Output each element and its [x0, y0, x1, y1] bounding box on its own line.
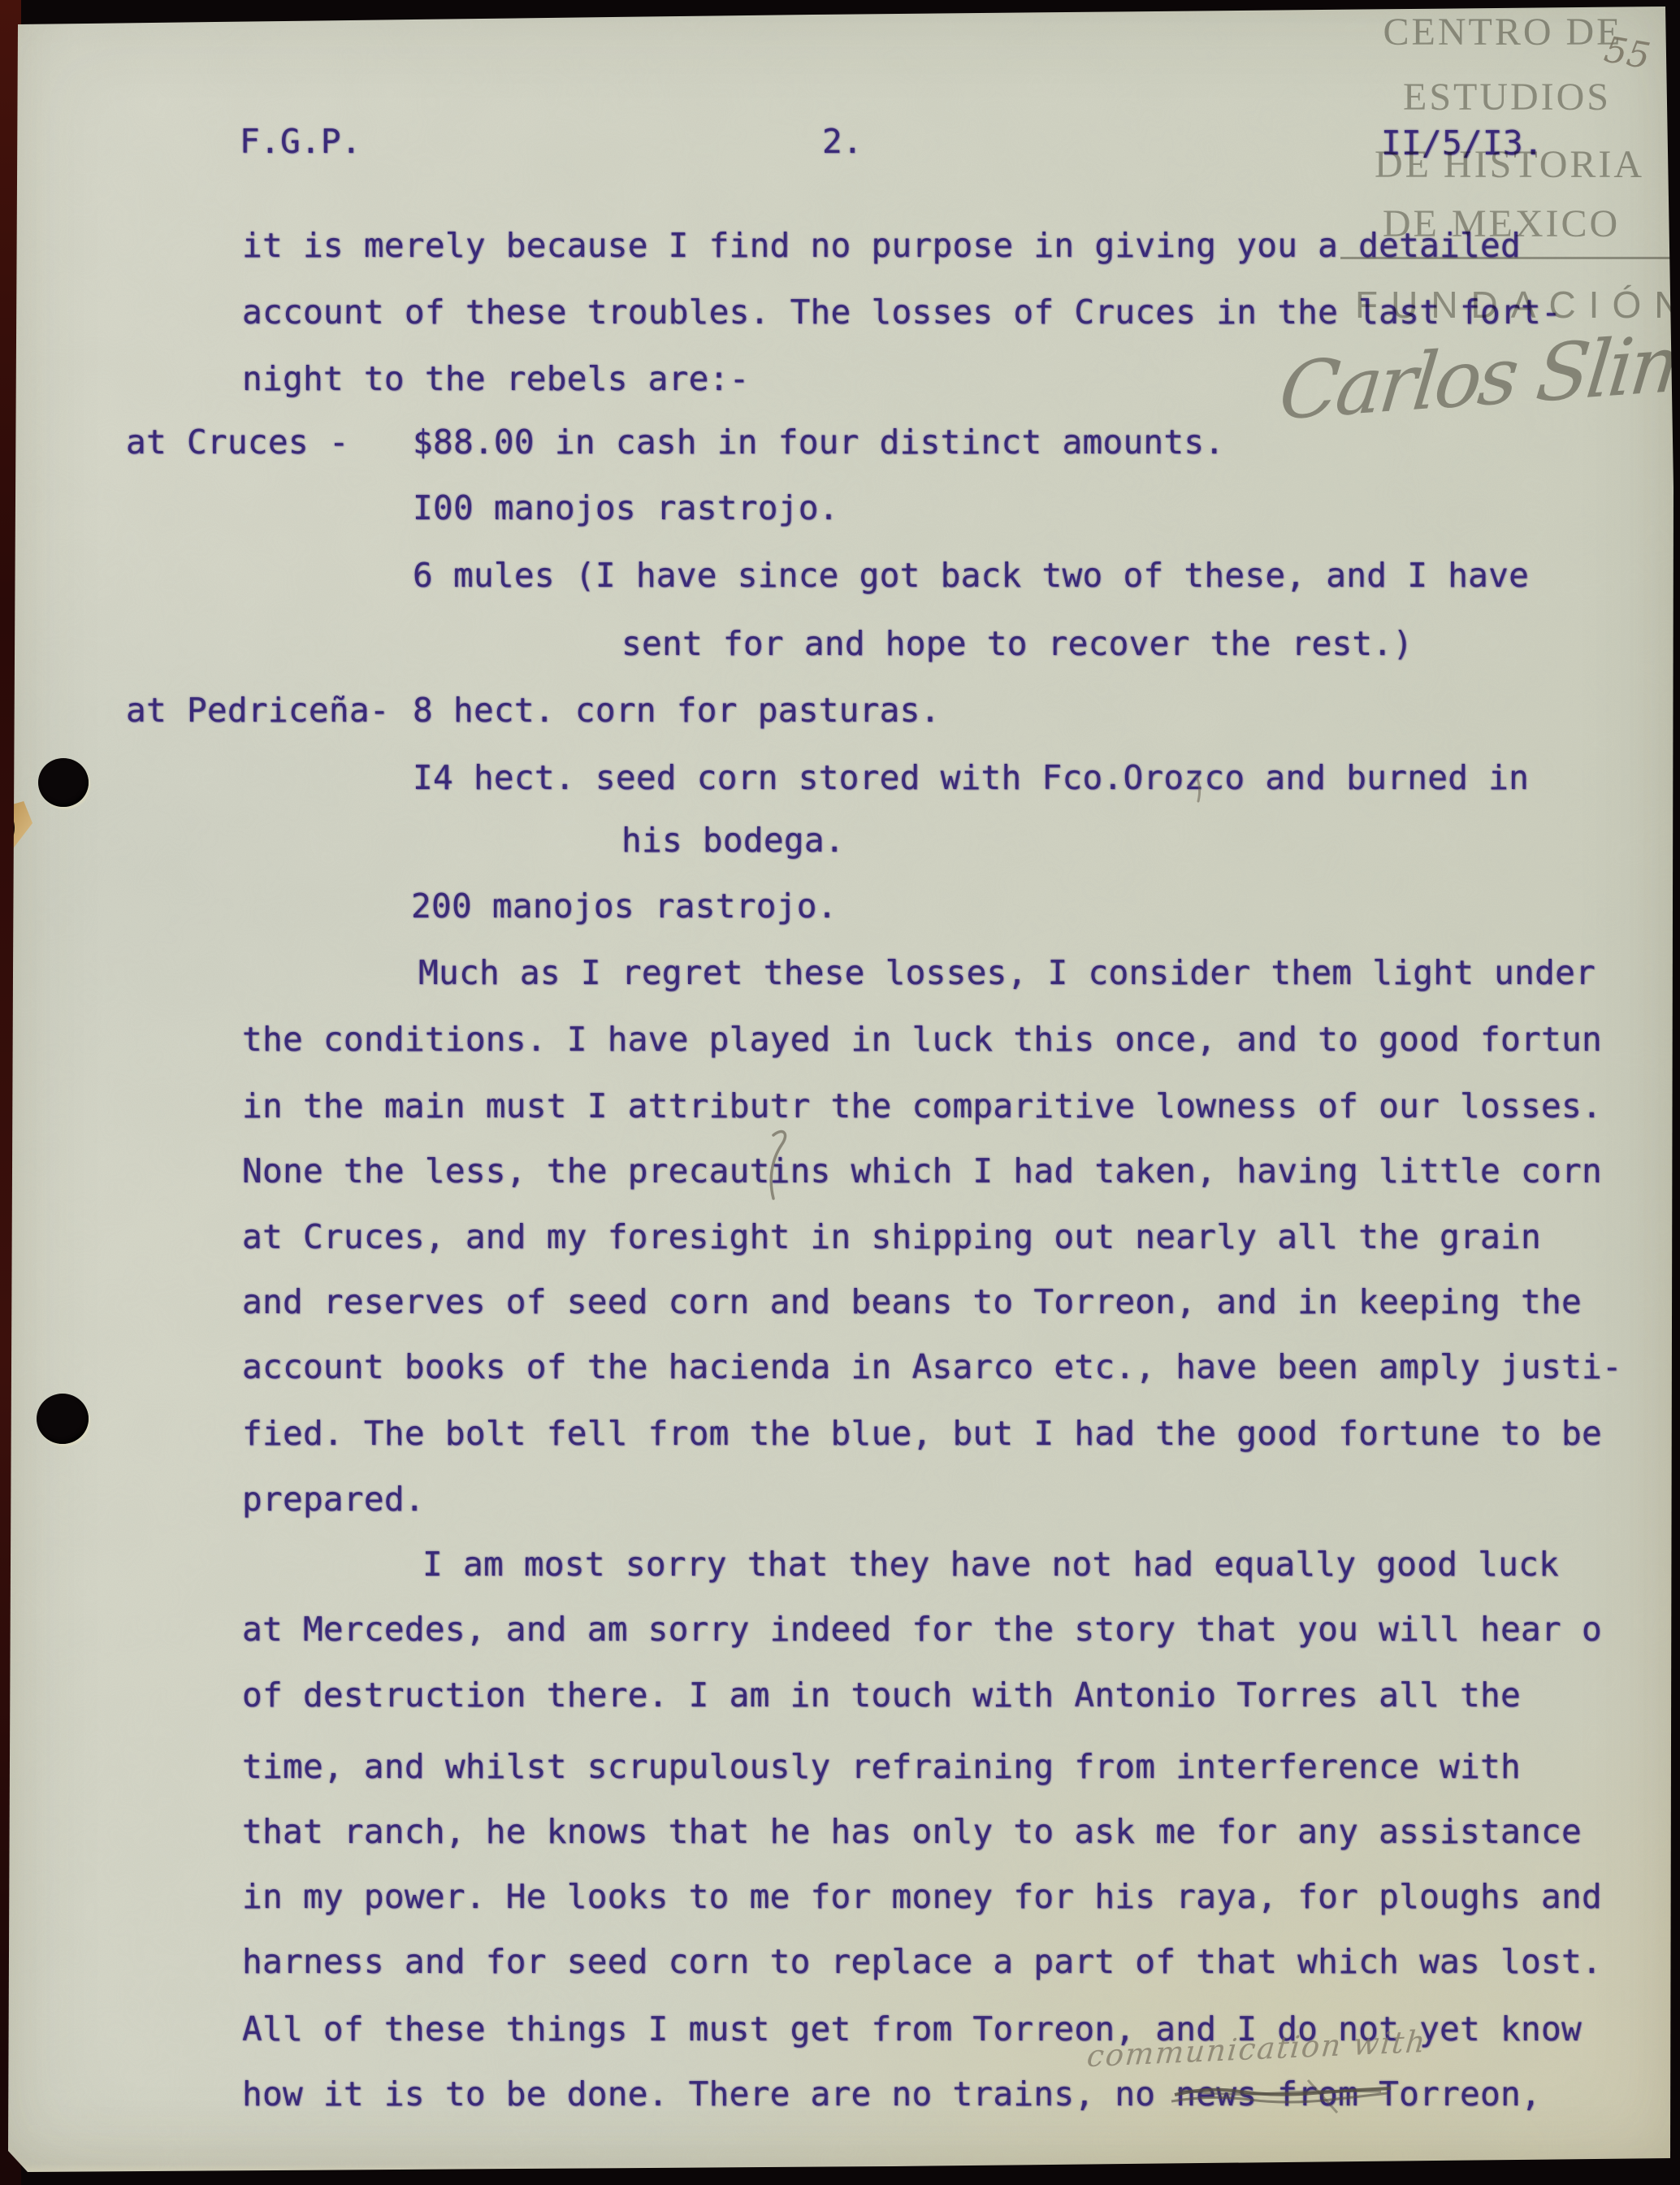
- scanned-letter-page: F.G.P. 2. II/5/I3. it is merely because …: [0, 0, 1680, 2185]
- typed-line: harness and for seed corn to replace a p…: [0, 1942, 1680, 1984]
- typed-text-layer: F.G.P. 2. II/5/I3. it is merely because …: [0, 0, 1680, 2185]
- typed-line: 200 manojos rastrojo.: [0, 887, 1680, 929]
- typed-segment: I4 hect. seed corn stored with Fco.Orozc…: [413, 758, 1529, 797]
- typed-line: 6 mules (I have since got back two of th…: [0, 556, 1680, 598]
- typed-segment: 8 hect. corn for pasturas.: [413, 691, 941, 730]
- typed-line: prepared.: [0, 1480, 1680, 1522]
- typed-line: account of these troubles. The losses of…: [0, 293, 1680, 335]
- typed-line: account books of the hacienda in Asarco …: [0, 1347, 1680, 1389]
- header-date: II/5/I3.: [1381, 124, 1544, 163]
- watermark-rule: [1340, 257, 1680, 259]
- typed-line: I00 manojos rastrojo.: [0, 488, 1680, 531]
- typed-line: All of these things I must get from Torr…: [0, 2009, 1680, 2052]
- typed-line: fied. The bolt fell from the blue, but I…: [0, 1414, 1680, 1456]
- typed-segment: that ranch, he knows that he has only to…: [242, 1812, 1582, 1851]
- typed-segment: time, and whilst scrupulously refraining…: [242, 1747, 1521, 1786]
- typed-segment: fied. The bolt fell from the blue, but I…: [242, 1414, 1602, 1453]
- typed-line: at Mercedes, and am sorry indeed for the…: [0, 1610, 1680, 1652]
- typed-segment: harness and for seed corn to replace a p…: [242, 1942, 1602, 1981]
- typed-line: and reserves of seed corn and beans to T…: [0, 1282, 1680, 1324]
- typed-line: sent for and hope to recover the rest.): [0, 624, 1680, 666]
- typed-line: at Cruces -$88.00 in cash in four distin…: [0, 423, 1680, 465]
- hole-punch-bottom: [37, 1394, 89, 1444]
- typed-segment: night to the rebels are:-: [242, 359, 750, 398]
- typed-line: at Pedriceña-8 hect. corn for pasturas.: [0, 691, 1680, 733]
- typed-line: how it is to be done. There are no train…: [0, 2074, 1680, 2117]
- typed-segment: prepared.: [242, 1480, 425, 1519]
- typed-line: of destruction there. I am in touch with…: [0, 1676, 1680, 1718]
- typed-segment: at Cruces -: [126, 423, 349, 462]
- typed-segment: account of these troubles. The losses of…: [242, 293, 1561, 332]
- typed-line: that ranch, he knows that he has only to…: [0, 1812, 1680, 1854]
- typed-segment: 6 mules (I have since got back two of th…: [413, 556, 1529, 595]
- typed-line: in the main must I attributr the compari…: [0, 1086, 1680, 1129]
- typed-line: Much as I regret these losses, I conside…: [0, 953, 1680, 995]
- typed-line: I4 hect. seed corn stored with Fco.Orozc…: [0, 758, 1680, 800]
- typed-line: it is merely because I find no purpose i…: [0, 226, 1680, 268]
- typed-segment: his bodega.: [621, 821, 845, 860]
- typed-line: at Cruces, and my foresight in shipping …: [0, 1217, 1680, 1259]
- typed-segment: at Mercedes, and am sorry indeed for the…: [242, 1610, 1602, 1649]
- typed-line: the conditions. I have played in luck th…: [0, 1020, 1680, 1062]
- typed-line: time, and whilst scrupulously refraining…: [0, 1747, 1680, 1789]
- typed-segment: 200 manojos rastrojo.: [411, 887, 838, 926]
- typed-segment: in my power. He looks to me for money fo…: [242, 1877, 1602, 1916]
- typed-line: night to the rebels are:-: [0, 359, 1680, 401]
- typed-line: I am most sorry that they have not had e…: [0, 1545, 1680, 1587]
- typed-line: his bodega.: [0, 821, 1680, 863]
- hole-punch-top: [38, 758, 89, 807]
- typed-segment: $88.00 in cash in four distinct amounts.: [413, 423, 1224, 462]
- header-initials: F.G.P.: [240, 122, 362, 161]
- typed-segment: the conditions. I have played in luck th…: [242, 1020, 1602, 1059]
- typed-segment: at Pedriceña-: [126, 691, 390, 730]
- paper-sheet: F.G.P. 2. II/5/I3. it is merely because …: [0, 0, 1680, 2185]
- typed-segment: of destruction there. I am in touch with…: [242, 1676, 1521, 1715]
- typed-segment: All of these things I must get from Torr…: [242, 2009, 1582, 2048]
- typed-segment: and reserves of seed corn and beans to T…: [242, 1282, 1582, 1321]
- typed-segment: it is merely because I find no purpose i…: [242, 226, 1521, 265]
- typed-segment: I00 manojos rastrojo.: [413, 488, 839, 527]
- typed-line: None the less, the precautins which I ha…: [0, 1151, 1680, 1194]
- typed-segment: account books of the hacienda in Asarco …: [242, 1347, 1622, 1386]
- typed-segment: in the main must I attributr the compari…: [242, 1086, 1602, 1125]
- typed-segment: at Cruces, and my foresight in shipping …: [242, 1217, 1541, 1256]
- typed-segment: how it is to be done. There are no train…: [242, 2074, 1541, 2113]
- typed-segment: sent for and hope to recover the rest.): [621, 624, 1413, 663]
- typed-line: in my power. He looks to me for money fo…: [0, 1877, 1680, 1919]
- header-page-number: 2.: [822, 122, 863, 161]
- typed-segment: I am most sorry that they have not had e…: [422, 1545, 1559, 1584]
- typed-segment: None the less, the precautins which I ha…: [242, 1151, 1602, 1190]
- typed-segment: Much as I regret these losses, I conside…: [418, 953, 1596, 992]
